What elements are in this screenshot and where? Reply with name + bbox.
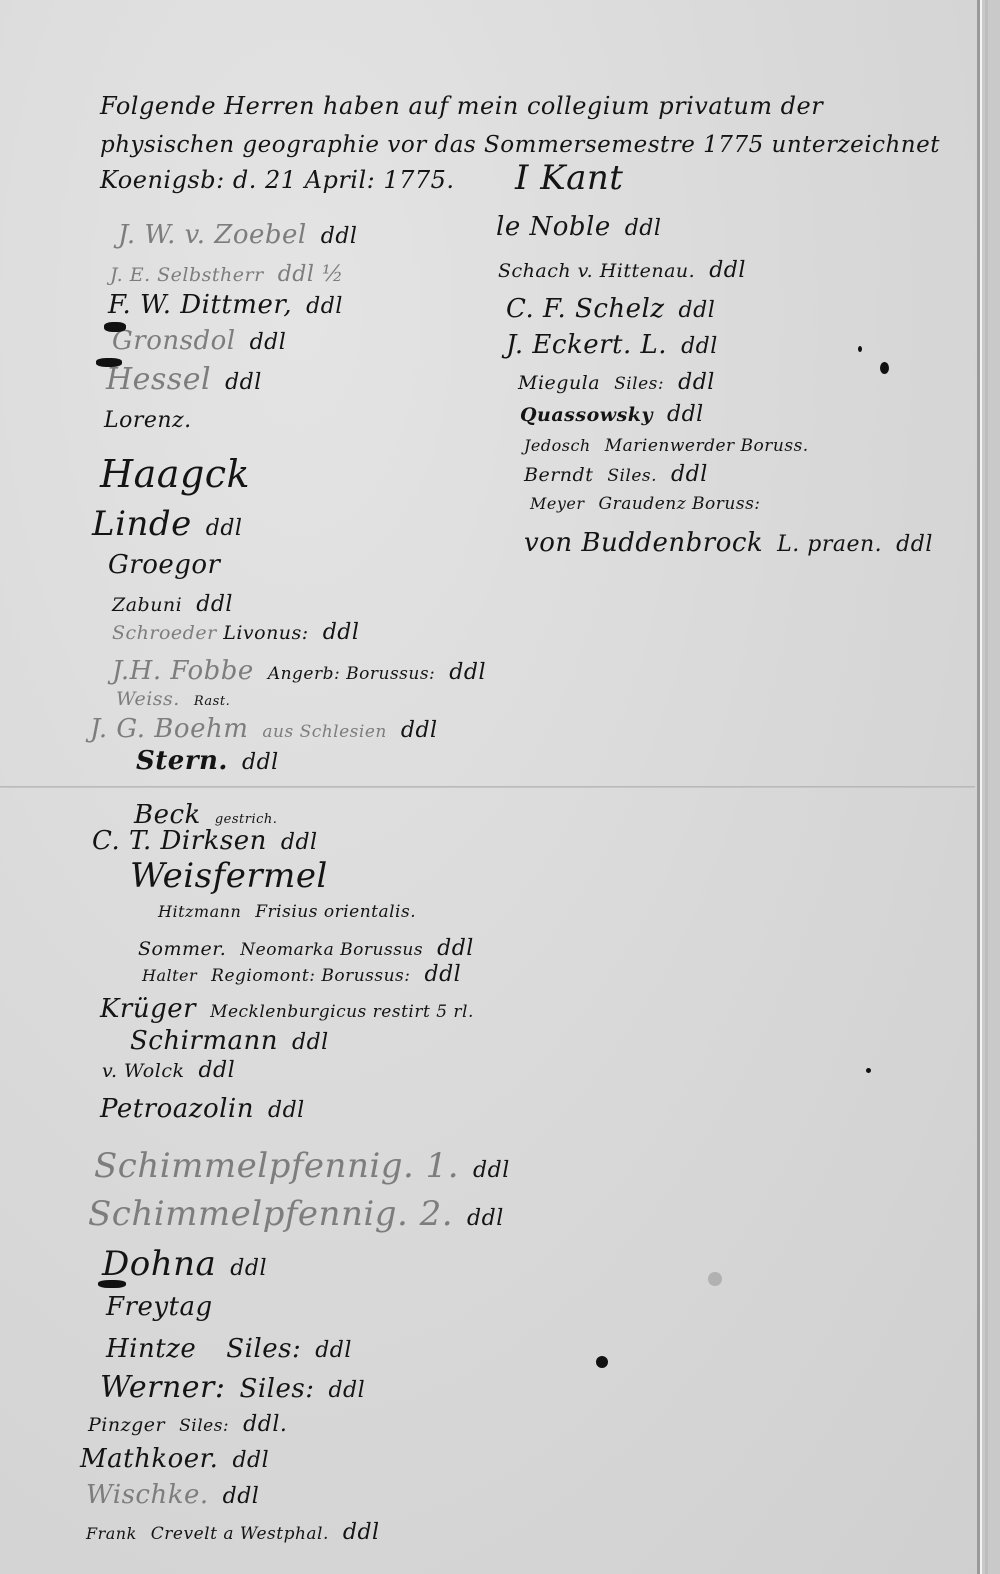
list-entry: Petroazolinddl — [100, 1094, 305, 1124]
entry-mark: ddl — [679, 298, 716, 323]
entry-name: Pinzger — [88, 1414, 165, 1436]
entry-mark: ddl — [292, 1030, 329, 1055]
entry-name: Werner: — [100, 1370, 226, 1405]
list-entry: v. Wolckddl — [102, 1058, 235, 1083]
kant-signature: I Kant — [515, 158, 623, 198]
entry-mark: ddl — [232, 1448, 269, 1473]
entry-note: Angerb: Borussus: — [268, 664, 435, 684]
entry-mark: ddl. — [243, 1412, 287, 1437]
entry-mark: ddl — [678, 370, 715, 395]
ink-speck — [866, 1068, 871, 1073]
entry-note: Siles: — [240, 1374, 315, 1404]
entry-name: Dohna — [102, 1244, 216, 1284]
entry-name: Haagck — [100, 452, 250, 496]
entry-name: J. W. v. Zoebel — [118, 220, 307, 250]
entry-name: Freytag — [106, 1292, 213, 1322]
entry-name: Groegor — [108, 550, 220, 580]
ink-blot — [104, 322, 126, 332]
list-entry: Gronsdolddl — [112, 326, 286, 356]
entry-name: Hessel — [106, 362, 211, 397]
list-entry: C. T. Dirksenddl — [92, 826, 318, 856]
list-entry: J.H. FobbeAngerb: Borussus:ddl — [112, 656, 486, 686]
list-entry: FrankCrevelt a Westphal.ddl — [86, 1520, 380, 1545]
entry-name: J.H. Fobbe — [112, 656, 254, 686]
entry-name: J. G. Boehm — [90, 714, 248, 744]
list-entry: HitzmannFrisius orientalis. — [158, 902, 416, 922]
list-entry: Schimmelpfennig. 1.ddl — [94, 1146, 510, 1186]
list-entry: Haagck — [100, 452, 250, 496]
entry-name: Schroeder — [112, 622, 217, 644]
entry-name: v. Wolck — [102, 1060, 184, 1082]
entry-note: Regiomont: Borussus: — [211, 966, 410, 986]
ink-blot — [96, 358, 122, 367]
list-entry: Freytag — [106, 1292, 213, 1322]
ink-blot — [98, 1280, 126, 1288]
entry-mark: ddl — [709, 258, 746, 283]
list-entry: Lorenz. — [104, 408, 192, 433]
entry-mark: ddl — [625, 216, 662, 241]
entry-name: Jedosch — [524, 436, 591, 455]
list-entry: Schimmelpfennig. 2.ddl — [88, 1194, 504, 1234]
list-entry: C. F. Schelzddl — [506, 294, 715, 324]
list-entry: BerndtSiles.ddl — [524, 462, 708, 487]
list-entry: JedoschMarienwerder Boruss. — [524, 436, 809, 456]
entry-mark: ddl — [196, 592, 233, 617]
entry-name: Petroazolin — [100, 1094, 254, 1124]
list-entry: KrügerMecklenburgicus restirt 5 rl. — [100, 994, 474, 1024]
list-entry: Zabuniddl — [112, 592, 233, 617]
ink-blot — [880, 362, 889, 374]
entry-name: Weiss. — [116, 688, 180, 710]
entry-mark: ddl — [268, 1098, 305, 1123]
entry-name: Meyer — [530, 494, 585, 513]
entry-mark: ddl — [343, 1520, 380, 1545]
entry-note: Neomarka Borussus — [240, 940, 423, 960]
entry-mark: ddl — [223, 1484, 260, 1509]
entry-name: Miegula — [518, 372, 600, 394]
entry-mark: ddl — [425, 962, 462, 987]
entry-mark: ddl — [473, 1158, 510, 1183]
entry-mark: ddl — [315, 1338, 352, 1363]
entry-note: Siles: — [179, 1416, 229, 1436]
ink-blot — [596, 1356, 608, 1368]
entry-name: Halter — [142, 966, 197, 985]
list-entry: Schirmannddl — [130, 1026, 329, 1056]
entry-name: le Noble — [496, 212, 611, 242]
list-entry: Dohnaddl — [102, 1244, 267, 1284]
list-entry: Hesselddl — [106, 362, 262, 397]
list-entry: MiegulaSiles:ddl — [518, 370, 715, 395]
list-entry: Groegor — [108, 550, 220, 580]
entry-mark: ddl — [198, 1058, 235, 1083]
entry-note: Siles: — [226, 1334, 301, 1364]
entry-name: Schach v. Hittenau. — [498, 260, 695, 282]
list-entry: le Nobleddl — [496, 212, 661, 242]
entry-name: Weisfermel — [130, 856, 328, 896]
header-line-2: physischen geographie vor das Sommerseme… — [100, 132, 940, 158]
list-entry: J. G. Boehmaus Schlesienddl — [90, 714, 438, 744]
header-place-date: Koenigsb: d. 21 April: 1775. — [100, 166, 455, 194]
horizontal-fold-line — [0, 786, 975, 788]
entry-name: von Buddenbrock — [524, 528, 763, 558]
list-entry: J. E. Selbstherrddl ½ — [110, 262, 344, 287]
entry-name: Schirmann — [130, 1026, 278, 1056]
entry-note: Mecklenburgicus restirt 5 rl. — [210, 1002, 474, 1022]
entry-name: Berndt — [524, 464, 593, 486]
entry-name: Lorenz. — [104, 408, 192, 433]
entry-name: Schimmelpfennig. 1. — [94, 1146, 459, 1186]
list-entry: PinzgerSiles:ddl. — [88, 1412, 287, 1437]
list-entry: Sommer.Neomarka Borussusddl — [138, 936, 474, 961]
stain-spot — [708, 1272, 722, 1286]
list-entry: Wischke.ddl — [86, 1480, 259, 1510]
entry-note: aus Schlesien — [262, 722, 387, 742]
page-right-edge — [977, 0, 980, 1574]
entry-mark: ddl — [671, 462, 708, 487]
list-entry: Weisfermel — [130, 856, 328, 896]
list-entry: Schroeder Livonus:ddl — [112, 620, 359, 645]
entry-mark: ddl — [206, 516, 243, 541]
entry-name: Schimmelpfennig. 2. — [88, 1194, 453, 1234]
list-entry: J. W. v. Zoebelddl — [118, 220, 357, 250]
entry-name: Zabuni — [112, 594, 182, 616]
entry-name: Hintze — [106, 1334, 196, 1364]
entry-mark: ddl — [281, 830, 318, 855]
entry-mark: ddl — [328, 1378, 365, 1403]
entry-name: C. F. Schelz — [506, 294, 665, 324]
entry-note: L. praen. — [777, 532, 882, 557]
header-line-1: Folgende Herren haben auf mein collegium… — [100, 92, 823, 120]
entry-note: Crevelt a Westphal. — [151, 1524, 329, 1544]
entry-name: Sommer. — [138, 938, 226, 960]
page-edge-strip — [980, 0, 1000, 1574]
entry-mark: ddl — [437, 936, 474, 961]
scanned-manuscript-page: Folgende Herren haben auf mein collegium… — [0, 0, 1000, 1574]
entry-name: Wischke. — [86, 1480, 209, 1510]
entry-name: Linde — [92, 504, 192, 544]
list-entry: F. W. Dittmer,ddl — [108, 290, 343, 320]
entry-note: Siles: — [614, 374, 664, 394]
entry-name: Hitzmann — [158, 902, 241, 921]
list-entry: Werner:Siles:ddl — [100, 1370, 365, 1405]
entry-mark: ddl — [242, 750, 279, 775]
entry-note: Livonus: — [223, 622, 309, 644]
list-entry: HalterRegiomont: Borussus:ddl — [142, 962, 461, 987]
list-entry: J. Eckert. L.ddl — [506, 330, 718, 360]
entry-mark: ddl — [306, 294, 343, 319]
entry-note: Graudenz Boruss: — [599, 494, 761, 514]
entry-mark: ddl — [449, 660, 486, 685]
entry-mark: ddl — [667, 402, 704, 427]
entry-name: F. W. Dittmer, — [108, 290, 292, 320]
list-entry: MeyerGraudenz Boruss: — [530, 494, 761, 514]
entry-name: Quassowsky — [520, 404, 653, 426]
entry-note: Frisius orientalis. — [255, 902, 416, 922]
entry-name: Gronsdol — [112, 326, 236, 356]
entry-mark: ddl ½ — [278, 262, 344, 287]
list-entry: Lindeddl — [92, 504, 242, 544]
entry-mark: ddl — [401, 718, 438, 743]
list-entry: HintzeSiles:ddl — [106, 1334, 352, 1364]
list-entry: von BuddenbrockL. praen.ddl — [524, 528, 933, 558]
entry-mark: ddl — [225, 370, 262, 395]
entry-note: gestrich. — [215, 812, 278, 827]
list-entry: Mathkoer.ddl — [80, 1444, 269, 1474]
list-entry: Weiss.Rast. — [116, 688, 230, 710]
list-entry: Quassowskyddl — [520, 402, 704, 427]
entry-mark: ddl — [250, 330, 287, 355]
entry-note: Siles. — [607, 466, 657, 486]
entry-name: J. E. Selbstherr — [110, 264, 264, 286]
entry-name: Krüger — [100, 994, 196, 1024]
entry-name: Stern. — [136, 746, 228, 776]
entry-name: J. Eckert. L. — [506, 330, 667, 360]
entry-mark: ddl — [896, 532, 933, 557]
ink-speck — [858, 346, 862, 352]
entry-mark: ddl — [230, 1256, 267, 1281]
list-entry: Schach v. Hittenau.ddl — [498, 258, 746, 283]
entry-name: C. T. Dirksen — [92, 826, 267, 856]
entry-mark: ddl — [321, 224, 358, 249]
entry-mark: ddl — [681, 334, 718, 359]
entry-note: Marienwerder Boruss. — [605, 436, 809, 456]
entry-mark: ddl — [323, 620, 360, 645]
entry-name: Frank — [86, 1524, 137, 1543]
entry-mark: ddl — [467, 1206, 504, 1231]
entry-note: Rast. — [194, 694, 230, 709]
entry-name: Mathkoer. — [80, 1444, 218, 1474]
list-entry: Stern.ddl — [136, 746, 279, 776]
